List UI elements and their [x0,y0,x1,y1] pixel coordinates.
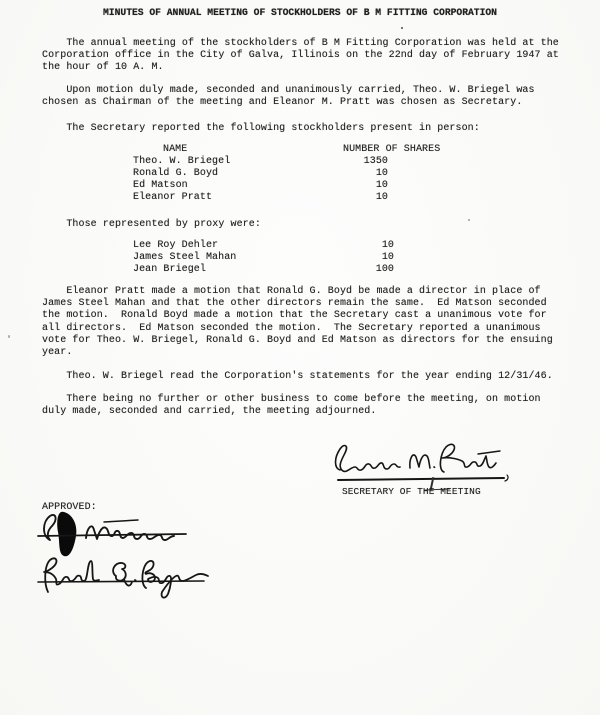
paragraph-officers: Upon motion duly made, seconded and unan… [42,85,535,109]
paragraph-statements: Theo. W. Briegel read the Corporation's … [42,371,553,383]
scan-speck [8,335,10,338]
stockholder-shares: 10 [322,192,388,204]
present-table-header-name: NAME [163,144,187,156]
stockholder-name: Ed Matson [133,180,188,192]
document-title: MINUTES OF ANNUAL MEETING OF STOCKHOLDER… [0,7,600,18]
secretary-title-label: SECRETARY OF THE MEETING [342,486,481,498]
paragraph-adjournment: There being no further or other business… [42,394,541,418]
paragraph-opening: The annual meeting of the stockholders o… [42,38,559,75]
stockholder-shares: 10 [322,168,388,180]
stockholder-row: Ronald G. Boyd 10 [0,168,600,180]
scan-speck [468,219,470,221]
stockholder-name: Ronald G. Boyd [133,168,218,180]
proxy-row: James Steel Mahan 10 [0,252,600,264]
scanned-minutes-page: MINUTES OF ANNUAL MEETING OF STOCKHOLDER… [0,0,600,715]
proxy-shares: 10 [328,252,394,264]
stockholder-shares: 1350 [322,156,388,168]
proxy-name: James Steel Mahan [133,252,236,264]
secretary-signature [332,434,514,488]
stockholder-shares: 10 [322,180,388,192]
proxy-row: Lee Roy Dehler 10 [0,240,600,252]
proxy-shares: 100 [328,264,394,276]
proxy-shares: 10 [328,240,394,252]
paragraph-motions: Eleanor Pratt made a motion that Ronald … [42,286,553,359]
present-table-header-shares: NUMBER OF SHARES [343,144,440,156]
stockholder-row: Eleanor Pratt 10 [0,192,600,204]
scan-speck [401,27,403,29]
paragraph-proxy-intro: Those represented by proxy were: [42,219,261,231]
stockholder-name: Theo. W. Briegel [133,156,230,168]
stockholder-name: Eleanor Pratt [133,192,212,204]
proxy-name: Jean Briegel [133,264,206,276]
scan-speck [410,338,412,340]
proxy-row: Jean Briegel 100 [0,264,600,276]
stockholder-row: Theo. W. Briegel 1350 [0,156,600,168]
stockholder-row: Ed Matson 10 [0,180,600,192]
approver-signature-ronald-boyd [34,548,219,602]
proxy-name: Lee Roy Dehler [133,240,218,252]
paragraph-present-intro: The Secretary reported the following sto… [42,123,480,135]
